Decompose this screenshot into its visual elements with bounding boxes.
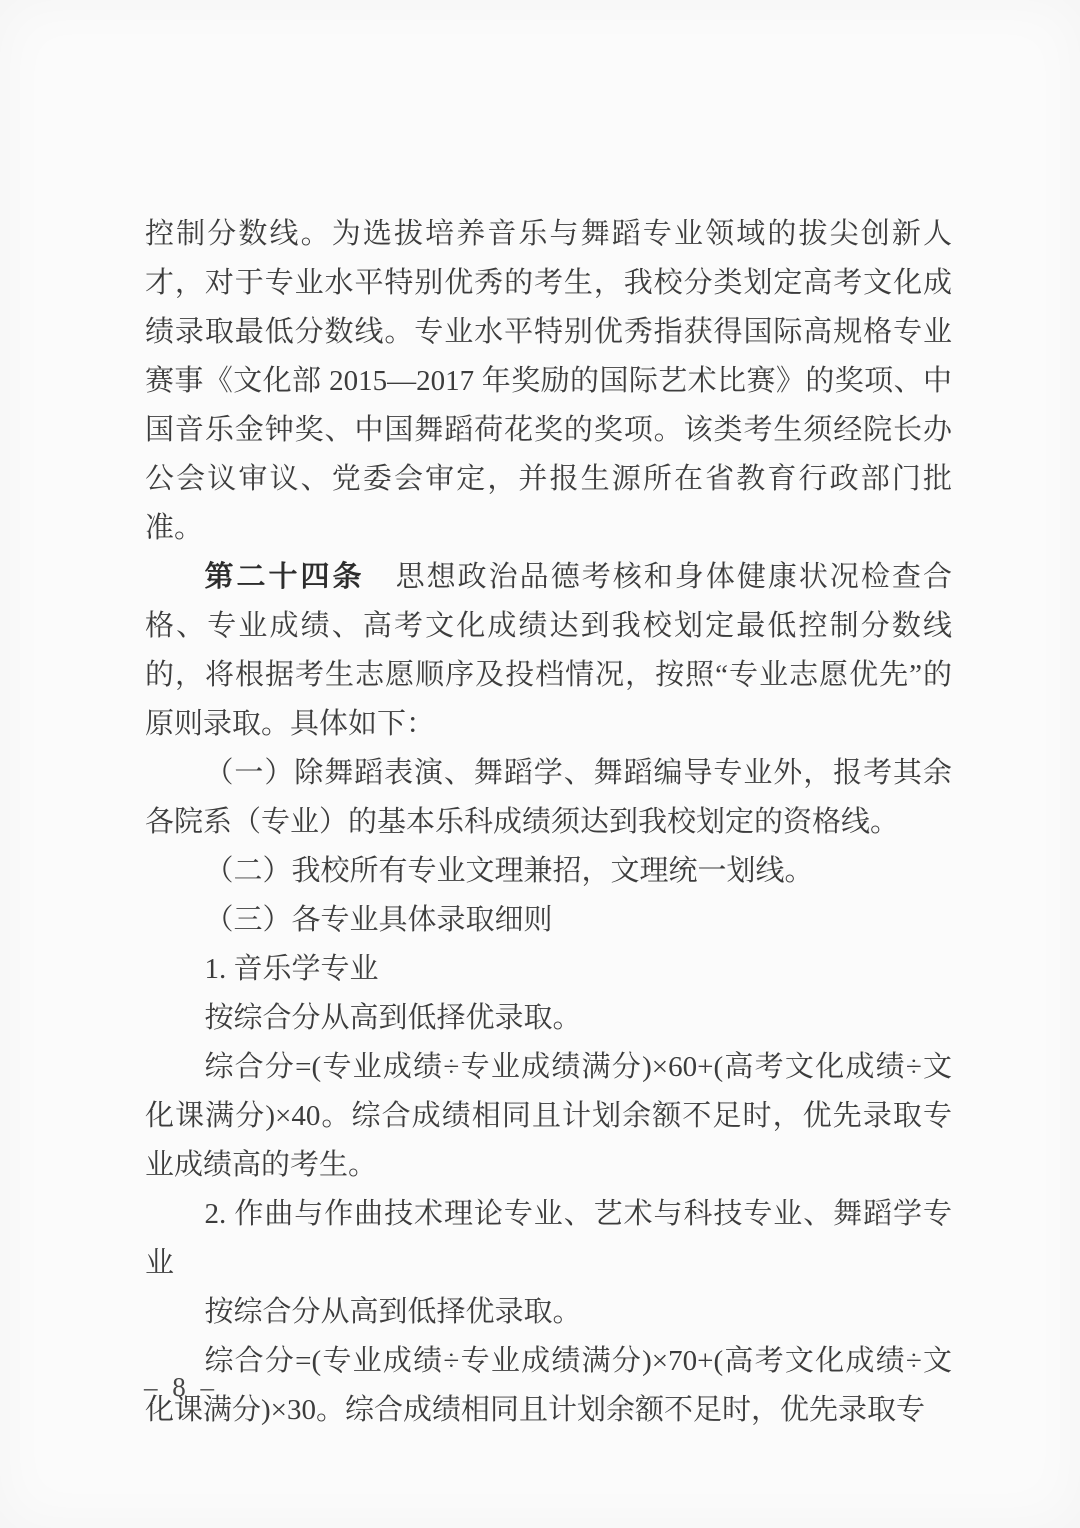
article-body: 控制分数线。为选拔培养音乐与舞蹈专业领域的拔尖创新人才，对于专业水平特别优秀的考…: [145, 210, 952, 1435]
paragraph-major-2-title: 2. 作曲与作曲技术理论专业、艺术与科技专业、舞蹈学专业: [145, 1190, 952, 1288]
page-number: – 8 –: [144, 1370, 214, 1404]
paragraph-major-1-title: 1. 音乐学专业: [145, 945, 952, 994]
document-page: 控制分数线。为选拔培养音乐与舞蹈专业领域的拔尖创新人才，对于专业水平特别优秀的考…: [0, 0, 1080, 1528]
paragraph-major-1-rule: 按综合分从高到低择优录取。: [145, 994, 952, 1043]
article-number-label: 第二十四条: [204, 561, 364, 593]
paragraph-item-1: （一）除舞蹈表演、舞蹈学、舞蹈编导专业外，报考其余各院系（专业）的基本乐科成绩须…: [145, 749, 952, 847]
paragraph-item-3: （三）各专业具体录取细则: [145, 896, 952, 945]
paragraph-continuation: 控制分数线。为选拔培养音乐与舞蹈专业领域的拔尖创新人才，对于专业水平特别优秀的考…: [145, 210, 952, 553]
paragraph-major-2-formula: 综合分=(专业成绩÷专业成绩满分)×70+(高考文化成绩÷文化课满分)×30。综…: [145, 1337, 952, 1435]
paragraph-major-1-formula: 综合分=(专业成绩÷专业成绩满分)×60+(高考文化成绩÷文化课满分)×40。综…: [145, 1043, 952, 1190]
paragraph-article-24: 第二十四条 思想政治品德考核和身体健康状况检查合格、专业成绩、高考文化成绩达到我…: [145, 553, 952, 749]
paragraph-major-2-rule: 按综合分从高到低择优录取。: [145, 1288, 952, 1337]
paragraph-item-2: （二）我校所有专业文理兼招，文理统一划线。: [145, 847, 952, 896]
